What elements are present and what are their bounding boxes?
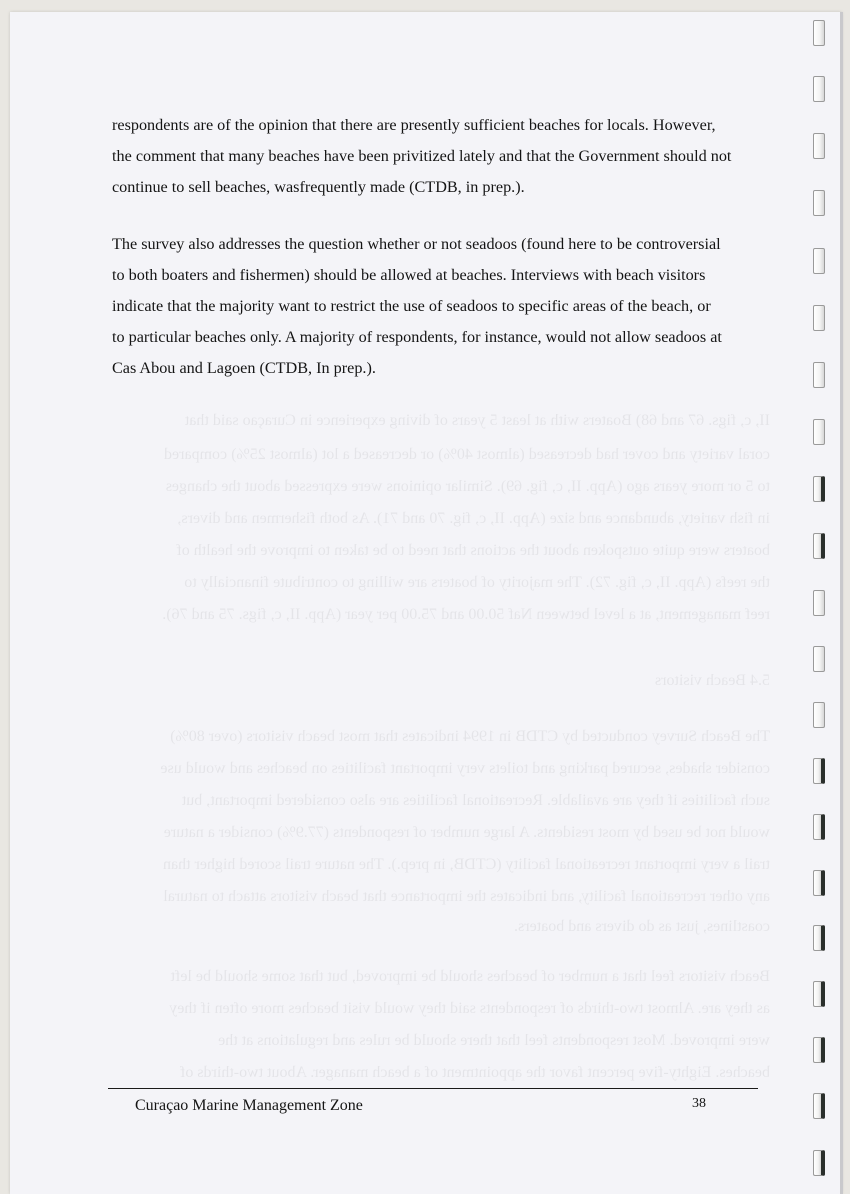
binding-ring-icon [813, 133, 825, 159]
footer-divider [108, 1088, 758, 1089]
text-line: indicate that the majority want to restr… [112, 291, 762, 322]
show-through-line: boaters were quite outspoken about the a… [120, 542, 770, 560]
show-through-line: trail a very important recreational faci… [120, 856, 770, 874]
show-through-line: II, c, figs. 67 and 68) Boaters with at … [120, 412, 770, 430]
show-through-line: to 5 or more years ago (App. II, c, fig.… [120, 478, 770, 496]
show-through-line: coastlines, just as do divers and boater… [120, 918, 770, 936]
text-line: to particular beaches only. A majority o… [112, 322, 762, 353]
show-through-line: consider shades, secured parking and toi… [120, 760, 770, 778]
binding-ring-icon [813, 646, 825, 672]
binding-ring-icon [813, 20, 825, 46]
binding-ring-icon [813, 1150, 825, 1176]
binding-ring-icon [813, 533, 825, 559]
binding-ring-icon [813, 305, 825, 331]
binding-ring-icon [813, 702, 825, 728]
show-through-line: such facilities if they are available. R… [120, 792, 770, 810]
show-through-line: beaches. Eighty-five percent favor the a… [120, 1064, 770, 1082]
text-line: Cas Abou and Lagoen (CTDB, In prep.). [112, 353, 762, 384]
text-line: respondents are of the opinion that ther… [112, 110, 762, 141]
text-line: the comment that many beaches have been … [112, 141, 762, 172]
binding-ring-icon [813, 981, 825, 1007]
binding-ring-icon [813, 76, 825, 102]
text-line: continue to sell beaches, wasfrequently … [112, 172, 762, 203]
binding-ring-icon [813, 870, 825, 896]
page-edge [840, 12, 843, 1194]
show-through-heading: 5.4 Beach visitors [120, 672, 770, 690]
binding-ring-icon [813, 248, 825, 274]
show-through-line: reef management, at a level between Naf … [120, 606, 770, 624]
show-through-line: Beach visitors feel that a number of bea… [120, 968, 770, 986]
show-through-line: any other recreational facility, and ind… [120, 888, 770, 906]
show-through-line: the reefs (App. II, c, fig. 72). The maj… [120, 574, 770, 592]
show-through-line: would not be used by most residents. A l… [120, 824, 770, 842]
binding-ring-icon [813, 476, 825, 502]
binding-ring-icon [813, 419, 825, 445]
binding-ring-icon [813, 590, 825, 616]
page-number: 38 [692, 1096, 706, 1112]
show-through-line: coral variety and cover had decreased (a… [120, 446, 770, 464]
binding-ring-icon [813, 1037, 825, 1063]
binding-ring-icon [813, 1093, 825, 1119]
binding-ring-icon [813, 362, 825, 388]
binding-ring-icon [813, 814, 825, 840]
binding-ring-icon [813, 925, 825, 951]
binding-ring-icon [813, 190, 825, 216]
show-through-line: as they are. Almost two-thirds of respon… [120, 1000, 770, 1018]
show-through-line: in fish variety, abundance and size (App… [120, 510, 770, 528]
show-through-line: were improved. Most respondents feel tha… [120, 1032, 770, 1050]
text-line: to both boaters and fishermen) should be… [112, 260, 762, 291]
binding-ring-icon [813, 758, 825, 784]
show-through-line: The Beach Survey conducted by CTDB in 19… [120, 728, 770, 746]
text-line: The survey also addresses the question w… [112, 229, 762, 260]
paragraph-1: respondents are of the opinion that ther… [112, 110, 762, 203]
paragraph-2: The survey also addresses the question w… [112, 229, 762, 384]
footer-title: Curaçao Marine Management Zone [135, 1097, 363, 1115]
